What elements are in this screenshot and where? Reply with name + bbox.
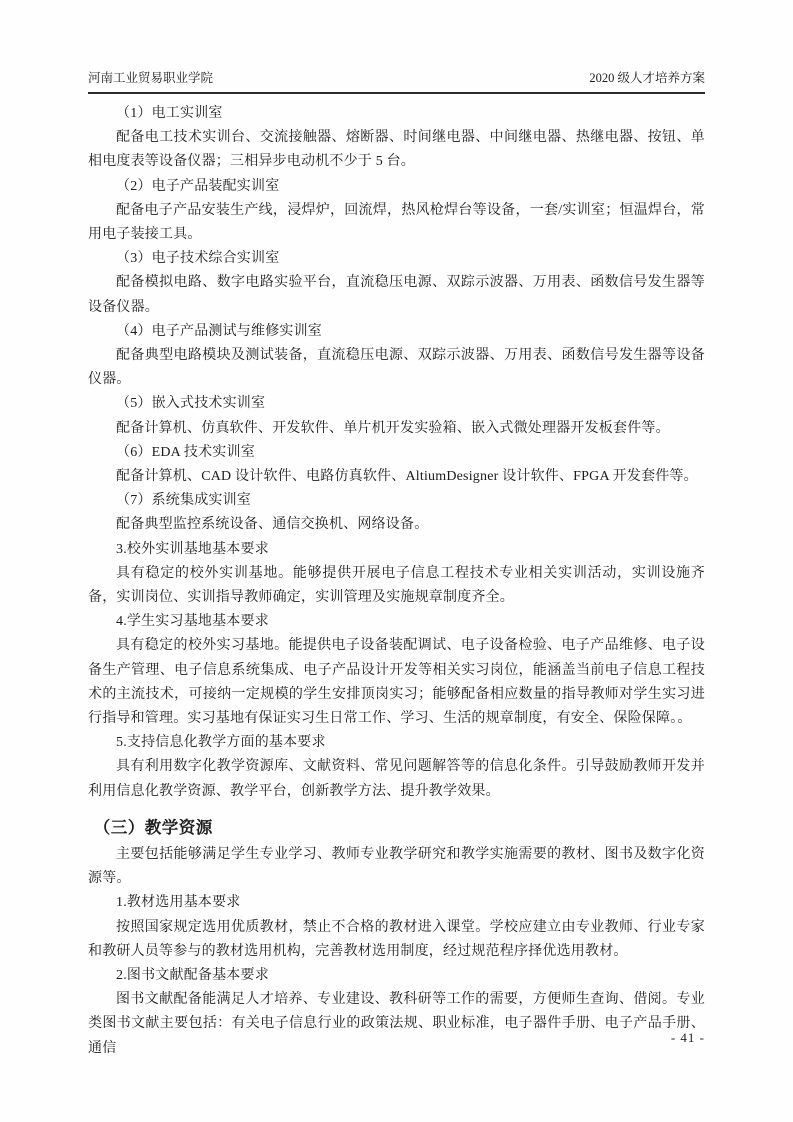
paragraph: （3）电子技术综合实训室 bbox=[88, 247, 705, 271]
paragraph: 配备计算机、仿真软件、开发软件、单片机开发实验箱、嵌入式微处理器开发板套件等。 bbox=[88, 417, 705, 441]
paragraph: 2.图书文献配备基本要求 bbox=[88, 964, 705, 988]
paragraph: （4）电子产品测试与维修实训室 bbox=[88, 320, 705, 344]
paragraph: 1.教材选用基本要求 bbox=[88, 891, 705, 915]
paragraph: 5.支持信息化教学方面的基本要求 bbox=[88, 731, 705, 755]
paragraph: （7）系统集成实训室 bbox=[88, 489, 705, 513]
paragraph: （1）电工实训室 bbox=[88, 102, 705, 126]
paragraph: 配备电子产品安装生产线，浸焊炉，回流焊，热风枪焊台等设备，一套/实训室；恒温焊台… bbox=[88, 199, 705, 247]
paragraph: （6）EDA 技术实训室 bbox=[88, 441, 705, 465]
document-body: （1）电工实训室配备电工技术实训台、交流接触器、熔断器、时间继电器、中间继电器、… bbox=[88, 102, 705, 1061]
paragraph: （5）嵌入式技术实训室 bbox=[88, 392, 705, 416]
paragraph: 配备电工技术实训台、交流接触器、熔断器、时间继电器、中间继电器、热继电器、按钮、… bbox=[88, 126, 705, 174]
paragraph: 具有稳定的校外实训基地。能够提供开展电子信息工程技术专业相关实训活动，实训设施齐… bbox=[88, 562, 705, 610]
paragraph: 按照国家规定选用优质教材，禁止不合格的教材进入课堂。学校应建立由专业教师、行业专… bbox=[88, 916, 705, 964]
paragraph: 4.学生实习基地基本要求 bbox=[88, 610, 705, 634]
header-school-name: 河南工业贸易职业学院 bbox=[88, 70, 213, 86]
paragraph: （2）电子产品装配实训室 bbox=[88, 175, 705, 199]
paragraph: 配备计算机、CAD 设计软件、电路仿真软件、AltiumDesigner 设计软… bbox=[88, 465, 705, 489]
paragraph: 具有利用数字化教学资源库、文献资料、常见问题解答等的信息化条件。引导鼓励教师开发… bbox=[88, 755, 705, 803]
paragraph: 3.校外实训基地基本要求 bbox=[88, 538, 705, 562]
paragraph: 配备典型监控系统设备、通信交换机、网络设备。 bbox=[88, 513, 705, 537]
page-number: - 41 - bbox=[671, 1030, 705, 1045]
page-footer: - 41 - bbox=[671, 1030, 705, 1046]
header-plan-title: 2020 级人才培养方案 bbox=[589, 70, 705, 86]
paragraph: 图书文献配备能满足人才培养、专业建设、教科研等工作的需要，方便师生查询、借阅。专… bbox=[88, 988, 705, 1061]
paragraph: 具有稳定的校外实习基地。能提供电子设备装配调试、电子设备检验、电子产品维修、电子… bbox=[88, 634, 705, 731]
paragraph: 配备典型电路模块及测试装备，直流稳压电源、双踪示波器、万用表、函数信号发生器等设… bbox=[88, 344, 705, 392]
section-heading: （三）教学资源 bbox=[88, 815, 705, 841]
paragraph: 配备模拟电路、数字电路实验平台，直流稳压电源、双踪示波器、万用表、函数信号发生器… bbox=[88, 271, 705, 319]
document-page: 河南工业贸易职业学院 2020 级人才培养方案 （1）电工实训室配备电工技术实训… bbox=[0, 0, 793, 1122]
paragraph: 主要包括能够满足学生专业学习、教师专业教学研究和教学实施需要的教材、图书及数字化… bbox=[88, 843, 705, 891]
page-header: 河南工业贸易职业学院 2020 级人才培养方案 bbox=[88, 70, 705, 94]
